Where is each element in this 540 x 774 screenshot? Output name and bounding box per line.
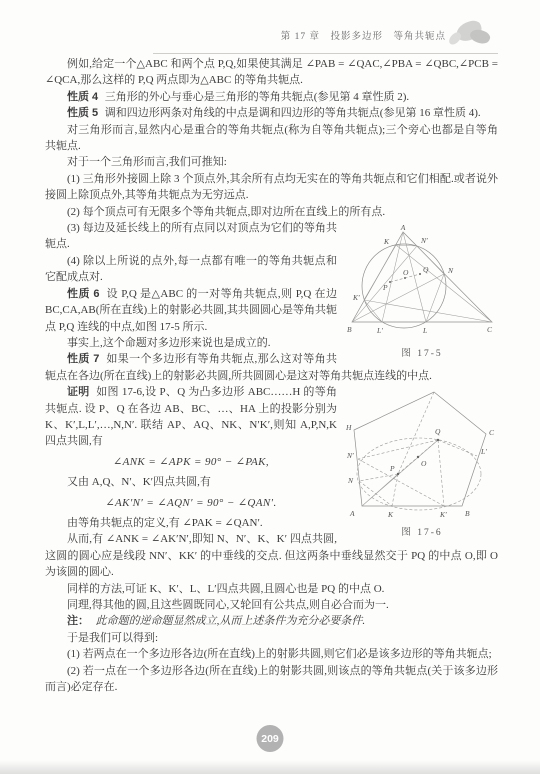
- paragraph-text: 调和四边形两条对角线的中点是调和四边形的等角共轭点(参见第 16 章性质 4).: [105, 107, 481, 119]
- paragraph: 性质 5调和四边形两条对角线的中点是调和四边形的等角共轭点(参见第 16 章性质…: [45, 105, 498, 121]
- vertex-label: B: [465, 509, 470, 518]
- paragraph: 对于一个三角形而言,我们可推知:: [45, 154, 498, 170]
- point-label: K′: [352, 293, 360, 302]
- vertex-label: A: [400, 223, 406, 232]
- book-page: 第 17 章 投影多边形 等角共轭点 例如,给定一个△ABC 和两个点 P,Q,…: [0, 0, 540, 774]
- figure-caption: 图 17-6: [346, 525, 498, 541]
- paragraph: (1) 三角形外接圆上除 3 个顶点外,其余所有点均无实在的等角共轭点和它们相配…: [45, 171, 498, 204]
- point-label: N′: [346, 451, 354, 460]
- paragraph: (2) 每个顶点可有无限多个等角共轭点,即对边所在直线上的所有点.: [45, 204, 498, 220]
- triangle-diagram: A B C K K′ N′ N L′ L P O Q: [346, 222, 498, 344]
- note-label: 注：: [67, 615, 89, 627]
- paragraph-text: (3) 每边及延长线上的所有点同以对顶点为它们的等角共轭点.: [45, 222, 337, 250]
- paragraph-text: 事实上,这个命题对多边形来说也是成立的.: [67, 337, 271, 349]
- paragraph-text: 由等角共轭点的定义,有 ∠PAK = ∠QAN′.: [67, 517, 263, 529]
- vertex-label: A: [349, 509, 355, 518]
- pentagon-diagram: H C B A N′ N K K′ L′ P Q O: [346, 386, 501, 523]
- point-label: K′: [439, 510, 447, 519]
- proof-label: 证明: [67, 386, 90, 398]
- point-label: L′: [376, 326, 383, 335]
- vertex-label: B: [347, 325, 352, 334]
- header-rule: [153, 53, 498, 54]
- property-label: 性质 6: [67, 288, 100, 300]
- paragraph-text: (4) 除以上所说的点外,每一点都有唯一的等角共轭点和它配成点对.: [45, 255, 337, 283]
- point-label: Q: [423, 265, 429, 274]
- point-label: K: [387, 510, 394, 519]
- paragraph-text: 于是我们可以得到:: [67, 632, 158, 644]
- paragraph: 对三角形而言,显然内心是重合的等角共轭点(称为自等角共轭点);三个旁心也都是自等…: [45, 122, 498, 155]
- page-number: 209: [261, 733, 279, 745]
- paragraph-text: (2) 若一点在一个多边形各边(所在直线)上的射影共圆,则该点的等角共轭点(关于…: [45, 665, 498, 693]
- paragraph-text: 对三角形而言,显然内心是重合的等角共轭点(称为自等角共轭点);三个旁心也都是自等…: [45, 124, 498, 152]
- figure-17-5: A B C K K′ N′ N L′ L P O Q 图 17-5: [346, 222, 498, 362]
- paragraph-text: 对于一个三角形而言,我们可推知:: [67, 156, 227, 168]
- vertex-label: C: [489, 428, 495, 437]
- paragraph: 同样的方法,可证 K、K′、L、L′四点共圆,且圆心也是 PQ 的中点 O.: [45, 581, 498, 597]
- point-label: N: [447, 266, 454, 275]
- page-number-badge: 209: [257, 725, 284, 752]
- paragraph: (2) 若一点在一个多边形各边(所在直线)上的射影共圆,则该点的等角共轭点(关于…: [45, 663, 498, 696]
- paragraph: 注：此命题的逆命题显然成立,从而上述条件为充分必要条件.: [45, 613, 498, 629]
- paragraph-text: (1) 若两点在一个多边形各边(所在直线)上的射影共圆,则它们必是该多边形的等角…: [67, 648, 492, 660]
- paragraph: (1) 若两点在一个多边形各边(所在直线)上的射影共圆,则它们必是该多边形的等角…: [45, 646, 498, 662]
- point-label: N′: [420, 236, 428, 245]
- point-label: P: [382, 283, 388, 292]
- vertex-label: H: [346, 423, 352, 432]
- page-header: 第 17 章 投影多边形 等角共轭点: [45, 26, 498, 44]
- point-label: N: [347, 476, 354, 485]
- paragraph: 性质 4三角形的外心与垂心是三角形的等角共轭点(参见第 4 章性质 2).: [45, 89, 498, 105]
- paragraph: 例如,给定一个△ABC 和两个点 P,Q,如果使其满足 ∠PAB = ∠QAC,…: [45, 56, 498, 89]
- note-text: 此命题的逆命题显然成立,从而上述条件为充分必要条件.: [96, 615, 366, 627]
- property-label: 性质 5: [67, 107, 98, 119]
- point-label: Q: [435, 427, 441, 436]
- paragraph: 同理,得其他的圆,且这些圆既同心,又轮回有公共点,则自必合而为一.: [45, 597, 498, 613]
- figure-17-6: H C B A N′ N K K′ L′ P Q O 图 17-6: [346, 386, 498, 541]
- property-label: 性质 4: [67, 91, 98, 103]
- paragraph: 于是我们可以得到:: [45, 630, 498, 646]
- page-body: 例如,给定一个△ABC 和两个点 P,Q,如果使其满足 ∠PAB = ∠QAC,…: [45, 56, 498, 695]
- point-label: O: [421, 459, 427, 468]
- paragraph-text: 例如,给定一个△ABC 和两个点 P,Q,如果使其满足 ∠PAB = ∠QAC,…: [45, 58, 498, 86]
- point-label: L′: [480, 447, 487, 456]
- paragraph-text: 同理,得其他的圆,且这些圆既同心,又轮回有公共点,则自必合而为一.: [67, 599, 389, 611]
- floral-ornament-icon: [446, 18, 498, 52]
- paragraph-text: 同样的方法,可证 K、K′、L、L′四点共圆,且圆心也是 PQ 的中点 O.: [67, 583, 384, 595]
- property-label: 性质 7: [67, 353, 99, 365]
- point-label: P: [389, 464, 395, 473]
- paragraph-text: (1) 三角形外接圆上除 3 个顶点外,其余所有点均无实在的等角共轭点和它们相配…: [45, 173, 498, 201]
- point-label: O: [403, 268, 409, 277]
- point-label: L: [422, 326, 427, 335]
- point-label: K: [383, 237, 390, 246]
- figure-caption: 图 17-5: [346, 346, 498, 362]
- vertex-label: C: [487, 325, 493, 334]
- paragraph-text: 又由 A,Q、N′、K′四点共圆,有: [67, 476, 211, 488]
- paragraph-text: 三角形的外心与垂心是三角形的等角共轭点(参见第 4 章性质 2).: [105, 91, 409, 103]
- paragraph-text: (2) 每个顶点可有无限多个等角共轭点,即对边所在直线上的所有点.: [67, 206, 385, 218]
